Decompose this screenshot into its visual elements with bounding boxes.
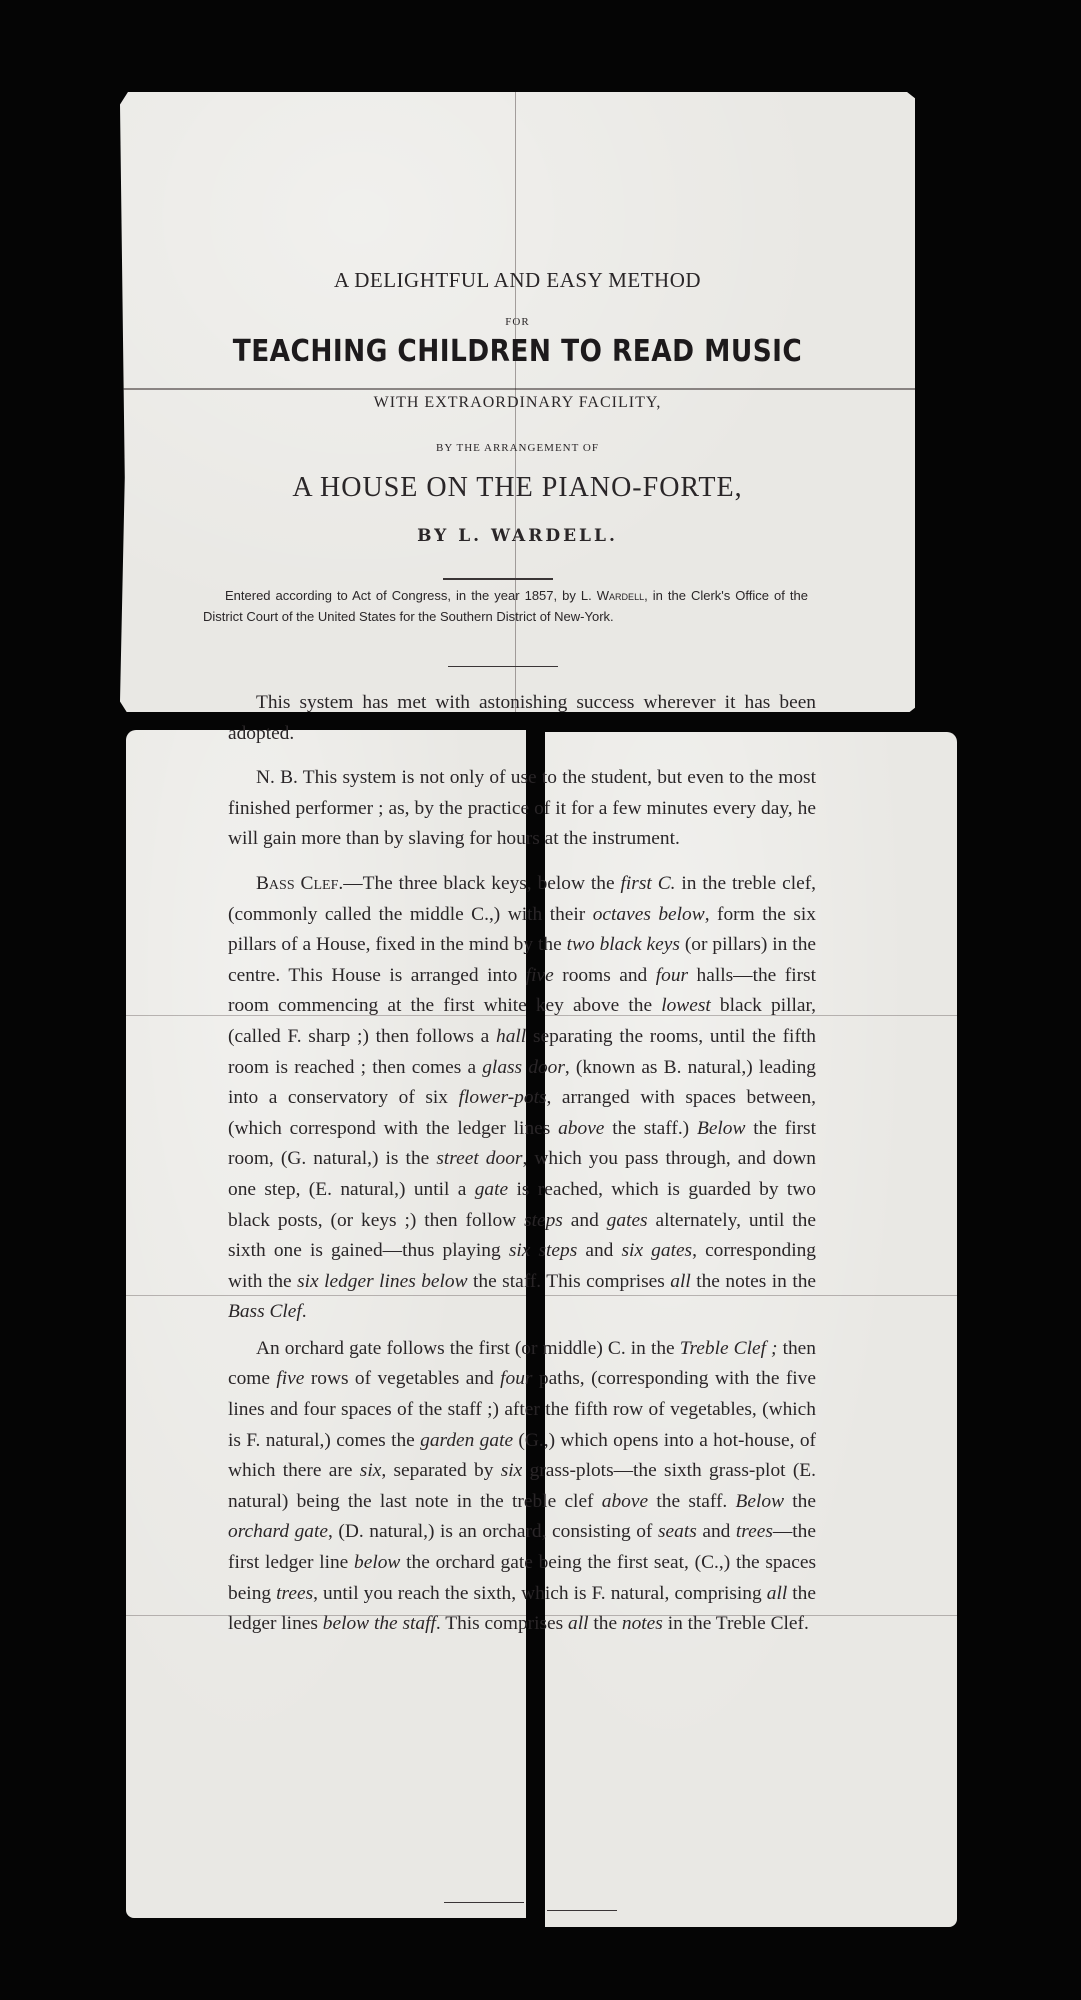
end-rule bbox=[444, 1902, 524, 1903]
arrangement-line: BY THE ARRANGEMENT OF bbox=[120, 442, 915, 454]
text: the bbox=[784, 1491, 816, 1512]
bass-clef-heading: Bass Clef. bbox=[256, 873, 343, 894]
intro-paragraph: This system has met with astonishing suc… bbox=[228, 688, 816, 749]
text: , (D. natural,) is an orchard, consistin… bbox=[328, 1521, 658, 1542]
italic-text: notes bbox=[622, 1613, 663, 1634]
italic-text: Below bbox=[697, 1118, 745, 1139]
text: and bbox=[563, 1210, 607, 1231]
text: rooms and bbox=[554, 965, 656, 986]
italic-text: above bbox=[602, 1491, 648, 1512]
text: , until you reach the sixth, which is F.… bbox=[313, 1583, 767, 1604]
italic-text: four bbox=[656, 965, 688, 986]
text: —The three black keys, below the bbox=[343, 873, 620, 894]
italic-text: all bbox=[670, 1271, 690, 1292]
italic-text: above bbox=[558, 1118, 604, 1139]
italic-text: orchard gate bbox=[228, 1521, 328, 1542]
italic-text: all bbox=[767, 1583, 787, 1604]
end-rule-right bbox=[547, 1910, 617, 1911]
treble-clef-text: An orchard gate follows the first (or mi… bbox=[228, 1338, 816, 1634]
italic-text: gates bbox=[607, 1210, 648, 1231]
italic-text: trees bbox=[736, 1521, 773, 1542]
italic-text: six gates bbox=[622, 1240, 693, 1261]
bass-clef-paragraph: Bass Clef.—The three black keys, below t… bbox=[228, 869, 816, 1328]
copyright-name: L. Wardell bbox=[581, 588, 644, 603]
italic-text: glass door bbox=[482, 1057, 565, 1078]
nb-paragraph: N. B. This system is not only of use to … bbox=[228, 763, 816, 855]
italic-text: trees bbox=[276, 1583, 313, 1604]
text: An orchard gate follows the first (or mi… bbox=[256, 1338, 680, 1359]
italic-text: six bbox=[360, 1460, 382, 1481]
italic-text: Below bbox=[736, 1491, 784, 1512]
copyright-text: Entered according to Act of Congress, in… bbox=[225, 588, 581, 603]
copyright-notice: Entered according to Act of Congress, in… bbox=[203, 585, 808, 627]
italic-text: six bbox=[501, 1460, 523, 1481]
text: rows of vegetables and bbox=[304, 1368, 500, 1389]
italic-text: street door bbox=[436, 1148, 522, 1169]
author-line: BY L. WARDELL. bbox=[120, 526, 915, 546]
subtitle: A DELIGHTFUL AND EASY METHOD bbox=[120, 268, 915, 293]
text: the staff.) bbox=[604, 1118, 697, 1139]
italic-text: octaves below bbox=[593, 904, 705, 925]
italic-text: Bass Clef bbox=[228, 1301, 302, 1322]
text: and bbox=[577, 1240, 621, 1261]
italic-text: first C. bbox=[621, 873, 676, 894]
treble-clef-paragraph: An orchard gate follows the first (or mi… bbox=[228, 1334, 816, 1640]
italic-text: five bbox=[526, 965, 554, 986]
text: the bbox=[589, 1613, 622, 1634]
facility-line: WITH EXTRAORDINARY FACILITY, bbox=[120, 394, 915, 412]
text: . This comprises bbox=[436, 1613, 568, 1634]
italic-text: steps bbox=[524, 1210, 563, 1231]
text: . bbox=[302, 1301, 307, 1322]
italic-text: hall bbox=[496, 1026, 526, 1047]
italic-text: Treble Clef ; bbox=[680, 1338, 778, 1359]
body-text: This system has met with astonishing suc… bbox=[228, 688, 816, 1640]
italic-text: garden gate bbox=[420, 1430, 513, 1451]
italic-text: six steps bbox=[509, 1240, 577, 1261]
italic-text: seats bbox=[658, 1521, 697, 1542]
text: the staff. This comprises bbox=[468, 1271, 671, 1292]
italic-text: six ledger lines below bbox=[297, 1271, 467, 1292]
italic-text: flower-pots bbox=[459, 1087, 547, 1108]
italic-text: five bbox=[276, 1368, 304, 1389]
text: and bbox=[697, 1521, 736, 1542]
for-label: FOR bbox=[120, 316, 915, 328]
text: the staff. bbox=[648, 1491, 735, 1512]
bass-clef-text: —The three black keys, below the first C… bbox=[228, 873, 816, 1322]
italic-text: four bbox=[500, 1368, 532, 1389]
italic-text: two black keys bbox=[567, 934, 680, 955]
italic-text: lowest bbox=[661, 995, 711, 1016]
divider-rule bbox=[443, 578, 553, 580]
text: in the Treble Clef. bbox=[663, 1613, 809, 1634]
text: , separated by bbox=[381, 1460, 500, 1481]
italic-text: below the staff bbox=[323, 1613, 436, 1634]
main-title: TEACHING CHILDREN TO READ MUSIC bbox=[168, 334, 868, 369]
italic-text: gate bbox=[475, 1179, 508, 1200]
italic-text: all bbox=[568, 1613, 588, 1634]
divider-rule-bottom bbox=[448, 666, 558, 667]
italic-text: below bbox=[354, 1552, 400, 1573]
house-title: A HOUSE ON THE PIANO-FORTE, bbox=[120, 472, 915, 504]
text: the notes in the bbox=[691, 1271, 816, 1292]
